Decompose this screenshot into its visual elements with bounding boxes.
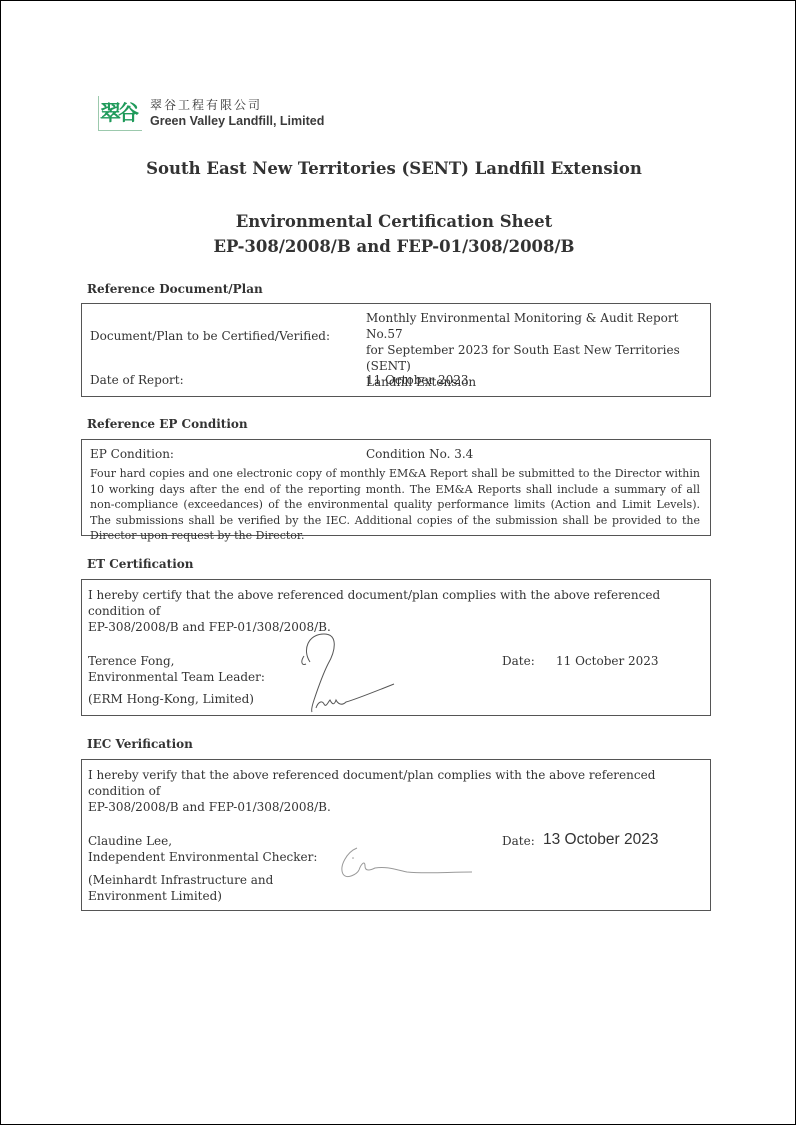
company-logo: 翠谷 翠谷工程有限公司 Green Valley Landfill, Limit… [98,95,324,131]
ep-condition-box: EP Condition: Condition No. 3.4 Four har… [81,439,711,536]
et-signature [294,630,404,712]
et-signer-org: (ERM Hong-Kong, Limited) [88,692,254,706]
date-of-report-value: 11 October 2023 [366,373,469,387]
ep-condition-text: Four hard copies and one electronic copy… [90,466,700,544]
logo-text: 翠谷工程有限公司 Green Valley Landfill, Limited [150,98,324,129]
reference-document-box: Document/Plan to be Certified/Verified: … [81,303,711,397]
et-certification-heading: ET Certification [87,557,194,571]
logo-mark-icon: 翠谷 [98,96,142,131]
ep-condition-label: EP Condition: [90,447,174,461]
et-date-label: Date: [502,654,535,668]
sheet-title-block: Environmental Certification Sheet EP-308… [1,209,787,259]
document-value-line: for September 2023 for South East New Te… [366,342,710,374]
iec-signer-org: (Meinhardt Infrastructure and Environmen… [88,872,273,904]
project-title: South East New Territories (SENT) Landfi… [1,159,787,178]
iec-signature [337,844,477,884]
iec-statement: I hereby verify that the above reference… [88,767,703,815]
iec-verification-box: I hereby verify that the above reference… [81,759,711,911]
et-certification-box: I hereby certify that the above referenc… [81,579,711,716]
date-of-report-label: Date of Report: [90,373,184,387]
et-signer-role: Environmental Team Leader: [88,670,265,684]
et-statement-line: I hereby certify that the above referenc… [88,587,703,619]
iec-statement-line: I hereby verify that the above reference… [88,767,703,799]
iec-signer-role: Independent Environmental Checker: [88,850,317,864]
permit-numbers: EP-308/2008/B and FEP-01/308/2008/B [1,234,787,259]
iec-date-label: Date: [502,834,535,848]
company-name-cn: 翠谷工程有限公司 [150,98,324,113]
document-label: Document/Plan to be Certified/Verified: [90,329,330,343]
iec-signer-name: Claudine Lee, [88,834,172,848]
certification-sheet-page: 翠谷 翠谷工程有限公司 Green Valley Landfill, Limit… [0,0,796,1125]
company-name-en: Green Valley Landfill, Limited [150,113,324,129]
et-date-value: 11 October 2023 [556,654,659,668]
iec-date-value: 13 October 2023 [543,831,658,849]
et-signer-name: Terence Fong, [88,654,175,668]
iec-signer-org-line: Environment Limited) [88,888,273,904]
iec-signer-org-line: (Meinhardt Infrastructure and [88,872,273,888]
reference-document-heading: Reference Document/Plan [87,282,263,296]
sheet-title: Environmental Certification Sheet [1,209,787,234]
et-statement: I hereby certify that the above referenc… [88,587,703,635]
iec-verification-heading: IEC Verification [87,737,193,751]
ep-condition-value: Condition No. 3.4 [366,447,473,461]
document-value-line: Monthly Environmental Monitoring & Audit… [366,310,710,342]
ep-condition-heading: Reference EP Condition [87,417,248,431]
iec-statement-line: EP-308/2008/B and FEP-01/308/2008/B. [88,799,703,815]
